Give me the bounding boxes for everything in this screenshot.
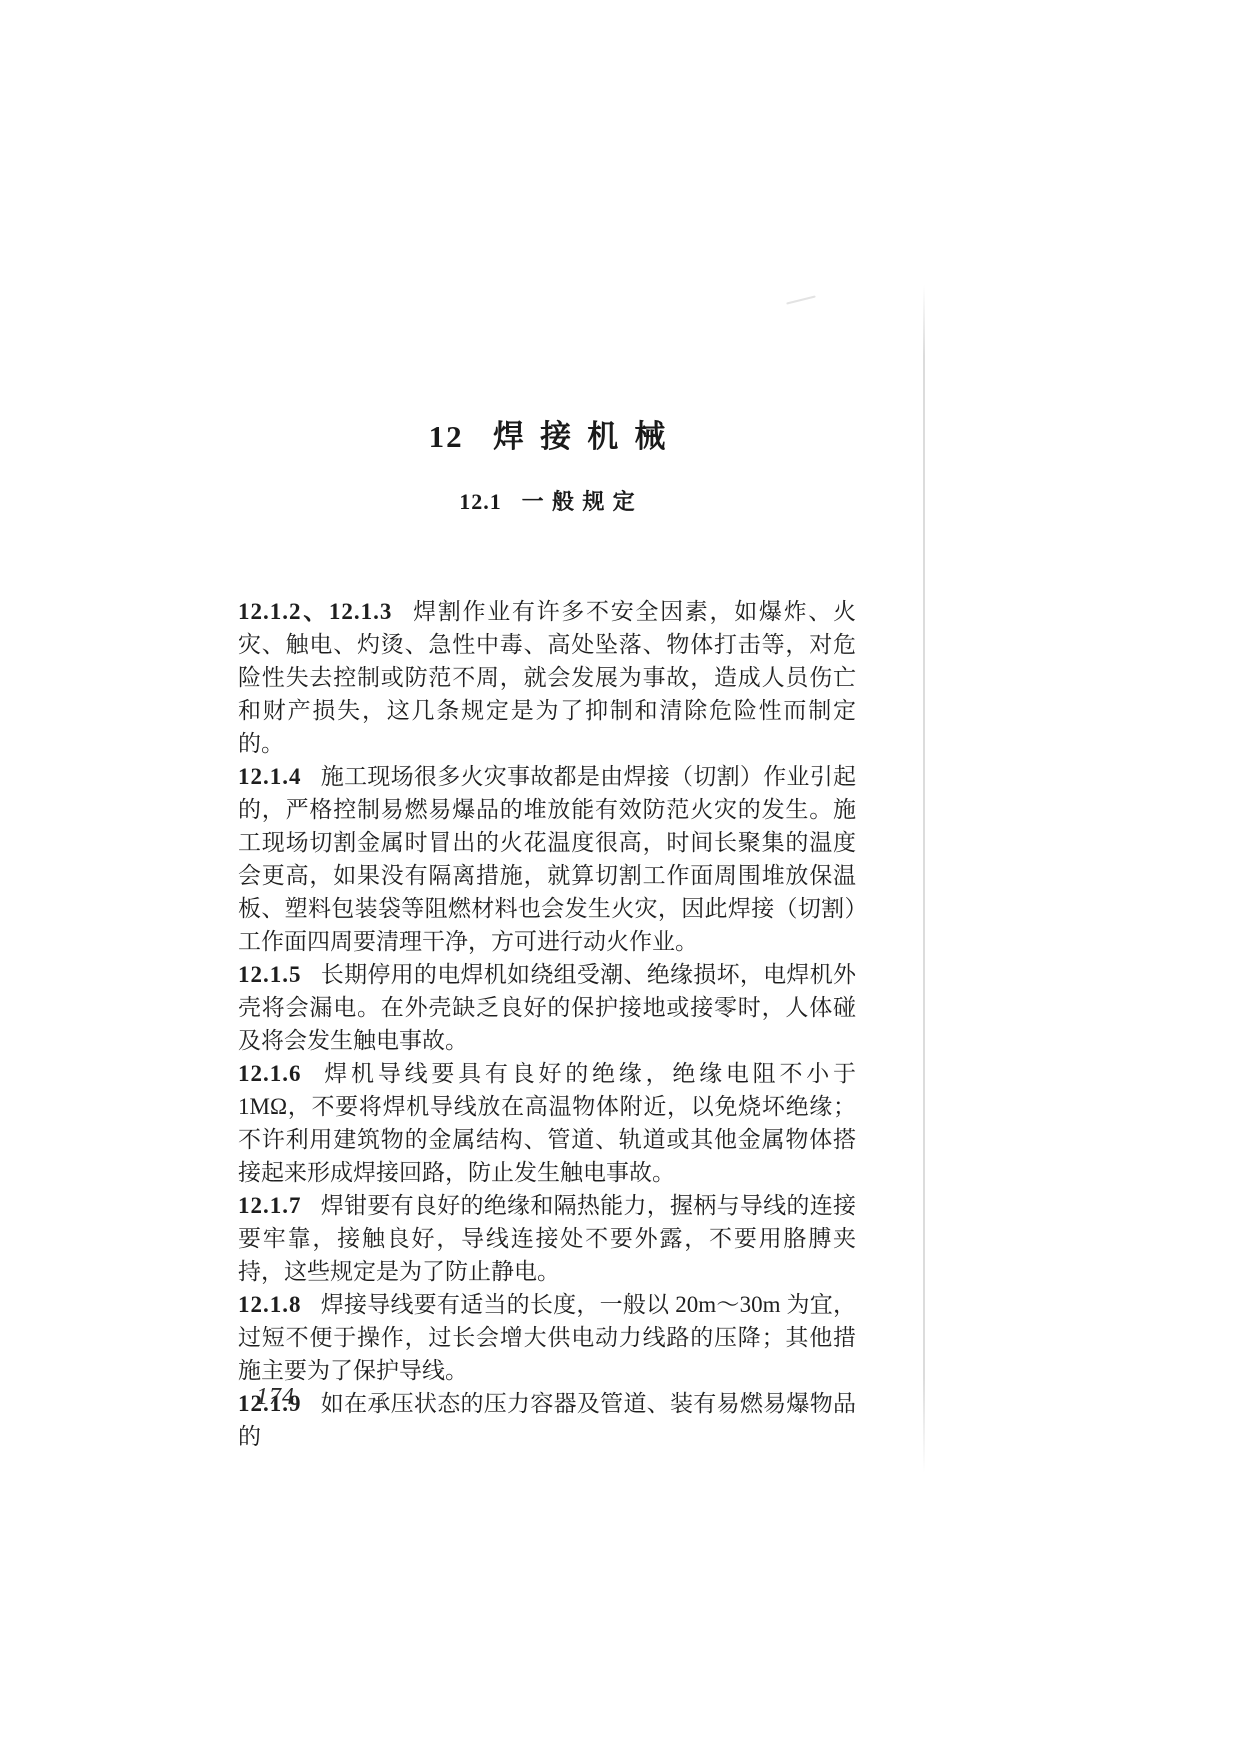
section-title: 一般规定 bbox=[522, 489, 643, 514]
clause-paragraph: 12.1.4施工现场很多火灾事故都是由焊接（切割）作业引起的，严格控制易燃易爆品… bbox=[238, 760, 856, 958]
chapter-title: 焊接机械 bbox=[493, 419, 681, 454]
clause-paragraph: 12.1.7焊钳要有良好的绝缘和隔热能力，握柄与导线的连接要牢靠，接触良好，导线… bbox=[238, 1189, 856, 1288]
clause-paragraph: 12.1.9如在承压状态的压力容器及管道、装有易燃易爆物品的 bbox=[238, 1387, 856, 1453]
section-number: 12.1 bbox=[459, 489, 502, 514]
clause-number: 12.1.8 bbox=[238, 1292, 302, 1317]
paragraphs: 12.1.2、12.1.3焊割作业有许多不安全因素，如爆炸、火灾、触电、灼烫、急… bbox=[238, 595, 856, 1453]
clause-number: 12.1.6 bbox=[238, 1061, 302, 1086]
page-number: 174 bbox=[256, 1384, 295, 1411]
clause-text: 长期停用的电焊机如绕组受潮、绝缘损坏，电焊机外壳将会漏电。在外壳缺乏良好的保护接… bbox=[238, 962, 856, 1053]
clause-text: 施工现场很多火灾事故都是由焊接（切割）作业引起的，严格控制易燃易爆品的堆放能有效… bbox=[238, 764, 856, 954]
clause-paragraph: 12.1.5长期停用的电焊机如绕组受潮、绝缘损坏，电焊机外壳将会漏电。在外壳缺乏… bbox=[238, 958, 856, 1057]
clause-number: 12.1.5 bbox=[238, 962, 302, 987]
clause-text: 焊机导线要具有良好的绝缘，绝缘电阻不小于 1MΩ，不要将焊机导线放在高温物体附近… bbox=[238, 1061, 856, 1185]
section-heading: 12.1一般规定 bbox=[238, 488, 856, 516]
chapter-heading: 12焊接机械 bbox=[238, 415, 856, 459]
page-content: 12焊接机械 12.1一般规定 12.1.2、12.1.3焊割作业有许多不安全因… bbox=[238, 415, 856, 1453]
clause-text: 如在承压状态的压力容器及管道、装有易燃易爆物品的 bbox=[238, 1391, 856, 1449]
scanned-page: 12焊接机械 12.1一般规定 12.1.2、12.1.3焊割作业有许多不安全因… bbox=[0, 0, 1240, 1754]
page-edge-line bbox=[923, 285, 925, 1473]
clause-number: 12.1.7 bbox=[238, 1193, 302, 1218]
clause-paragraph: 12.1.8焊接导线要有适当的长度，一般以 20m～30m 为宜，过短不便于操作… bbox=[238, 1288, 856, 1387]
clause-number: 12.1.4 bbox=[238, 764, 302, 789]
clause-text: 焊钳要有良好的绝缘和隔热能力，握柄与导线的连接要牢靠，接触良好，导线连接处不要外… bbox=[238, 1193, 856, 1284]
scan-artifact bbox=[786, 295, 816, 304]
clause-text: 焊接导线要有适当的长度，一般以 20m～30m 为宜，过短不便于操作，过长会增大… bbox=[238, 1292, 856, 1383]
clause-number: 12.1.2、12.1.3 bbox=[238, 599, 392, 624]
chapter-number: 12 bbox=[429, 419, 464, 454]
clause-paragraph: 12.1.2、12.1.3焊割作业有许多不安全因素，如爆炸、火灾、触电、灼烫、急… bbox=[238, 595, 856, 760]
clause-paragraph: 12.1.6焊机导线要具有良好的绝缘，绝缘电阻不小于 1MΩ，不要将焊机导线放在… bbox=[238, 1057, 856, 1189]
